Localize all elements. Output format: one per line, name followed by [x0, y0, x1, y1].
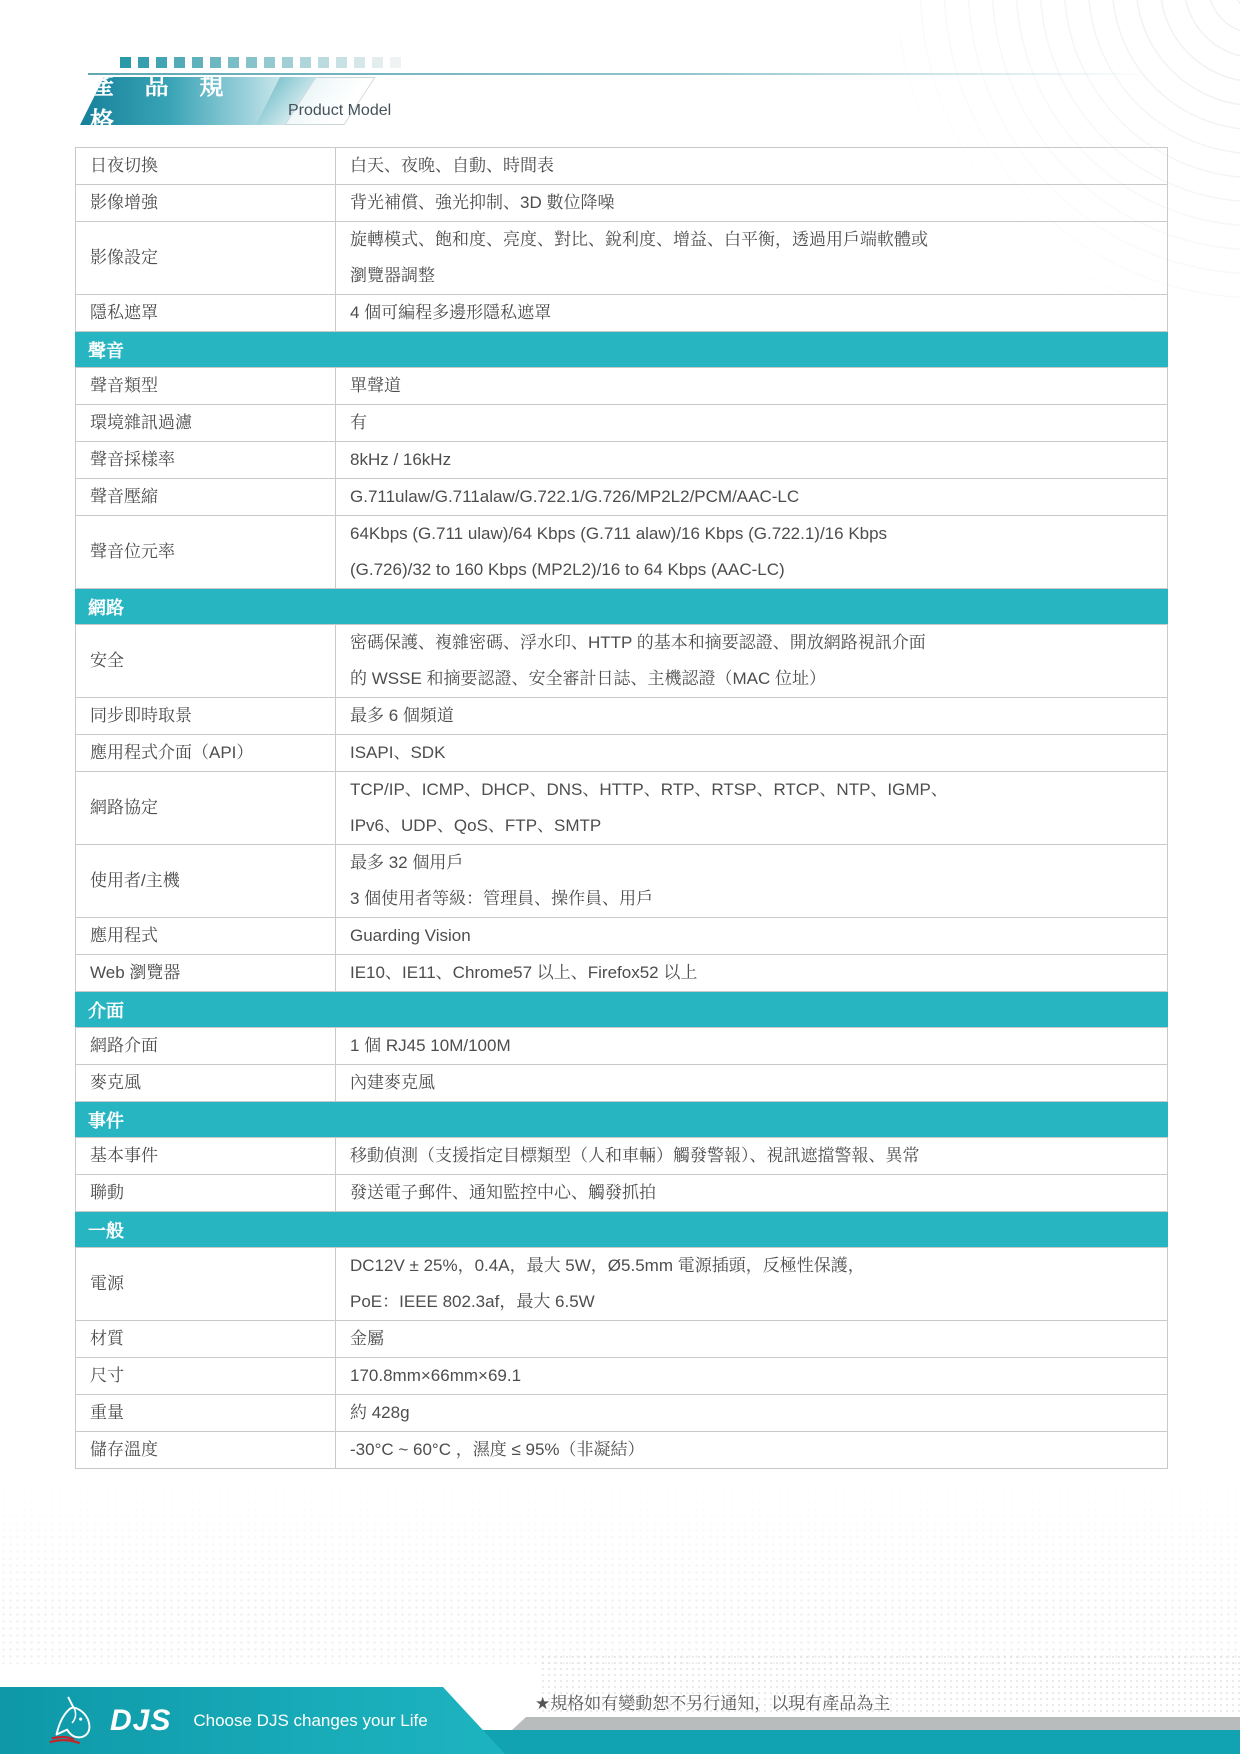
spec-value-cell: 白天、夜晚、自動、時間表	[336, 148, 1168, 185]
spec-row: 影像增強背光補償、強光抑制、3D 數位降噪	[76, 185, 1168, 222]
djs-unicorn-logo-icon	[42, 1694, 100, 1748]
footer-logo-text: DJS	[110, 1704, 171, 1738]
spec-label-cell: 日夜切換	[76, 148, 336, 185]
spec-row: 材質金屬	[76, 1321, 1168, 1358]
spec-row: 聲音採樣率8kHz / 16kHz	[76, 442, 1168, 479]
spec-label-cell: 聯動	[76, 1175, 336, 1212]
spec-label-cell: 聲音採樣率	[76, 442, 336, 479]
spec-row: 使用者/主機最多 32 個用戶 3 個使用者等級：管理員、操作員、用戶	[76, 845, 1168, 918]
spec-value-cell: 有	[336, 405, 1168, 442]
spec-label-cell: 基本事件	[76, 1138, 336, 1175]
spec-label-cell: 聲音類型	[76, 368, 336, 405]
spec-row: 日夜切換白天、夜晚、自動、時間表	[76, 148, 1168, 185]
footer-logo-band: DJS Choose DJS changes your Life	[0, 1687, 505, 1754]
spec-value-cell: ISAPI、SDK	[336, 735, 1168, 772]
spec-value-cell: 約 428g	[336, 1395, 1168, 1432]
spec-row: 影像設定旋轉模式、飽和度、亮度、對比、銳利度、增益、白平衡，透過用戶端軟體或 瀏…	[76, 222, 1168, 295]
footer-gray-band	[512, 1717, 1240, 1730]
spec-section-label: 聲音	[76, 332, 1168, 368]
spec-value-cell: 內建麥克風	[336, 1065, 1168, 1102]
spec-table-body: 日夜切換白天、夜晚、自動、時間表影像增強背光補償、強光抑制、3D 數位降噪影像設…	[76, 148, 1168, 1469]
spec-label-cell: 聲音位元率	[76, 516, 336, 589]
spec-section-label: 事件	[76, 1102, 1168, 1138]
spec-value-cell: 最多 6 個頻道	[336, 698, 1168, 735]
square-decoration	[228, 57, 239, 68]
spec-value-cell: 最多 32 個用戶 3 個使用者等級：管理員、操作員、用戶	[336, 845, 1168, 918]
square-decoration	[246, 57, 257, 68]
square-decoration	[300, 57, 311, 68]
footer-slogan: Choose DJS changes your Life	[193, 1711, 427, 1731]
spec-section-row: 事件	[76, 1102, 1168, 1138]
footer: DJS Choose DJS changes your Life ★規格如有變動…	[0, 1687, 1240, 1754]
spec-label-cell: 麥克風	[76, 1065, 336, 1102]
page: { "colors": { "accent_teal": "#28b5c2", …	[0, 0, 1240, 1754]
spec-row: 聲音類型單聲道	[76, 368, 1168, 405]
spec-value-cell: Guarding Vision	[336, 918, 1168, 955]
spec-value-cell: 發送電子郵件、通知監控中心、觸發抓拍	[336, 1175, 1168, 1212]
squares-decoration-row	[120, 57, 401, 68]
spec-row: 聯動發送電子郵件、通知監控中心、觸發抓拍	[76, 1175, 1168, 1212]
spec-row: Web 瀏覽器IE10、IE11、Chrome57 以上、Firefox52 以…	[76, 955, 1168, 992]
spec-row: 麥克風內建麥克風	[76, 1065, 1168, 1102]
spec-label-cell: 材質	[76, 1321, 336, 1358]
spec-section-row: 網路	[76, 589, 1168, 625]
spec-row: 尺寸170.8mm×66mm×69.1	[76, 1358, 1168, 1395]
square-decoration	[282, 57, 293, 68]
square-decoration	[192, 57, 203, 68]
spec-label-cell: 影像增強	[76, 185, 336, 222]
spec-label-cell: 電源	[76, 1248, 336, 1321]
square-decoration	[390, 57, 401, 68]
square-decoration	[138, 57, 149, 68]
spec-value-cell: IE10、IE11、Chrome57 以上、Firefox52 以上	[336, 955, 1168, 992]
spec-row: 聲音位元率64Kbps (G.711 ulaw)/64 Kbps (G.711 …	[76, 516, 1168, 589]
spec-section-label: 一般	[76, 1212, 1168, 1248]
spec-value-cell: 金屬	[336, 1321, 1168, 1358]
spec-label-cell: 隱私遮罩	[76, 295, 336, 332]
spec-row: 同步即時取景最多 6 個頻道	[76, 698, 1168, 735]
spec-row: 電源DC12V ± 25%，0.4A，最大 5W，Ø5.5mm 電源插頭，反極性…	[76, 1248, 1168, 1321]
spec-section-row: 聲音	[76, 332, 1168, 368]
spec-label-cell: 影像設定	[76, 222, 336, 295]
spec-row: 基本事件移動偵測（支援指定目標類型（人和車輛）觸發警報）、視訊遮擋警報、異常	[76, 1138, 1168, 1175]
spec-section-label: 介面	[76, 992, 1168, 1028]
page-title: 產 品 規 格	[80, 77, 280, 125]
spec-section-row: 介面	[76, 992, 1168, 1028]
spec-label-cell: 應用程式	[76, 918, 336, 955]
spec-value-cell: 旋轉模式、飽和度、亮度、對比、銳利度、增益、白平衡，透過用戶端軟體或 瀏覽器調整	[336, 222, 1168, 295]
spec-value-cell: G.711ulaw/G.711alaw/G.722.1/G.726/MP2L2/…	[336, 479, 1168, 516]
spec-label-cell: 網路協定	[76, 772, 336, 845]
spec-section-row: 一般	[76, 1212, 1168, 1248]
spec-label-cell: Web 瀏覽器	[76, 955, 336, 992]
spec-label-cell: 安全	[76, 625, 336, 698]
spec-value-cell: 64Kbps (G.711 ulaw)/64 Kbps (G.711 alaw)…	[336, 516, 1168, 589]
spec-label-cell: 儲存溫度	[76, 1432, 336, 1469]
spec-label-cell: 使用者/主機	[76, 845, 336, 918]
square-decoration	[264, 57, 275, 68]
spec-value-cell: 8kHz / 16kHz	[336, 442, 1168, 479]
spec-row: 應用程式Guarding Vision	[76, 918, 1168, 955]
spec-label-cell: 尺寸	[76, 1358, 336, 1395]
square-decoration	[210, 57, 221, 68]
spec-value-cell: 密碼保護、複雜密碼、浮水印、HTTP 的基本和摘要認證、開放網路視訊介面 的 W…	[336, 625, 1168, 698]
spec-label-cell: 重量	[76, 1395, 336, 1432]
spec-row: 隱私遮罩4 個可編程多邊形隱私遮罩	[76, 295, 1168, 332]
spec-label-cell: 應用程式介面（API）	[76, 735, 336, 772]
square-decoration	[354, 57, 365, 68]
spec-row: 應用程式介面（API）ISAPI、SDK	[76, 735, 1168, 772]
header-rule-line	[88, 73, 1148, 75]
square-decoration	[318, 57, 329, 68]
spec-value-cell: 1 個 RJ45 10M/100M	[336, 1028, 1168, 1065]
spec-section-label: 網路	[76, 589, 1168, 625]
spec-row: 安全密碼保護、複雜密碼、浮水印、HTTP 的基本和摘要認證、開放網路視訊介面 的…	[76, 625, 1168, 698]
halftone-dots-decoration	[0, 1464, 1240, 1664]
spec-value-cell: 4 個可編程多邊形隱私遮罩	[336, 295, 1168, 332]
page-subtitle: Product Model	[288, 102, 391, 120]
spec-row: 儲存溫度-30°C ~ 60°C ，濕度 ≤ 95%（非凝結）	[76, 1432, 1168, 1469]
spec-row: 網路協定TCP/IP、ICMP、DHCP、DNS、HTTP、RTP、RTSP、R…	[76, 772, 1168, 845]
spec-value-cell: 移動偵測（支援指定目標類型（人和車輛）觸發警報）、視訊遮擋警報、異常	[336, 1138, 1168, 1175]
spec-label-cell: 聲音壓縮	[76, 479, 336, 516]
spec-value-cell: 背光補償、強光抑制、3D 數位降噪	[336, 185, 1168, 222]
spec-value-cell: -30°C ~ 60°C ，濕度 ≤ 95%（非凝結）	[336, 1432, 1168, 1469]
spec-row: 聲音壓縮G.711ulaw/G.711alaw/G.722.1/G.726/MP…	[76, 479, 1168, 516]
spec-value-cell: DC12V ± 25%，0.4A，最大 5W，Ø5.5mm 電源插頭，反極性保護…	[336, 1248, 1168, 1321]
spec-value-cell: 單聲道	[336, 368, 1168, 405]
spec-row: 網路介面1 個 RJ45 10M/100M	[76, 1028, 1168, 1065]
spec-label-cell: 同步即時取景	[76, 698, 336, 735]
spec-label-cell: 網路介面	[76, 1028, 336, 1065]
spec-row: 環境雜訊過濾有	[76, 405, 1168, 442]
spec-row: 重量約 428g	[76, 1395, 1168, 1432]
footer-note: ★規格如有變動恕不另行通知，以現有產品為主	[535, 1689, 890, 1714]
square-decoration	[156, 57, 167, 68]
square-decoration	[372, 57, 383, 68]
spec-label-cell: 環境雜訊過濾	[76, 405, 336, 442]
spec-value-cell: 170.8mm×66mm×69.1	[336, 1358, 1168, 1395]
spec-value-cell: TCP/IP、ICMP、DHCP、DNS、HTTP、RTP、RTSP、RTCP、…	[336, 772, 1168, 845]
spec-table: 日夜切換白天、夜晚、自動、時間表影像增強背光補償、強光抑制、3D 數位降噪影像設…	[75, 147, 1168, 1469]
square-decoration	[336, 57, 347, 68]
square-decoration	[120, 57, 131, 68]
square-decoration	[174, 57, 185, 68]
